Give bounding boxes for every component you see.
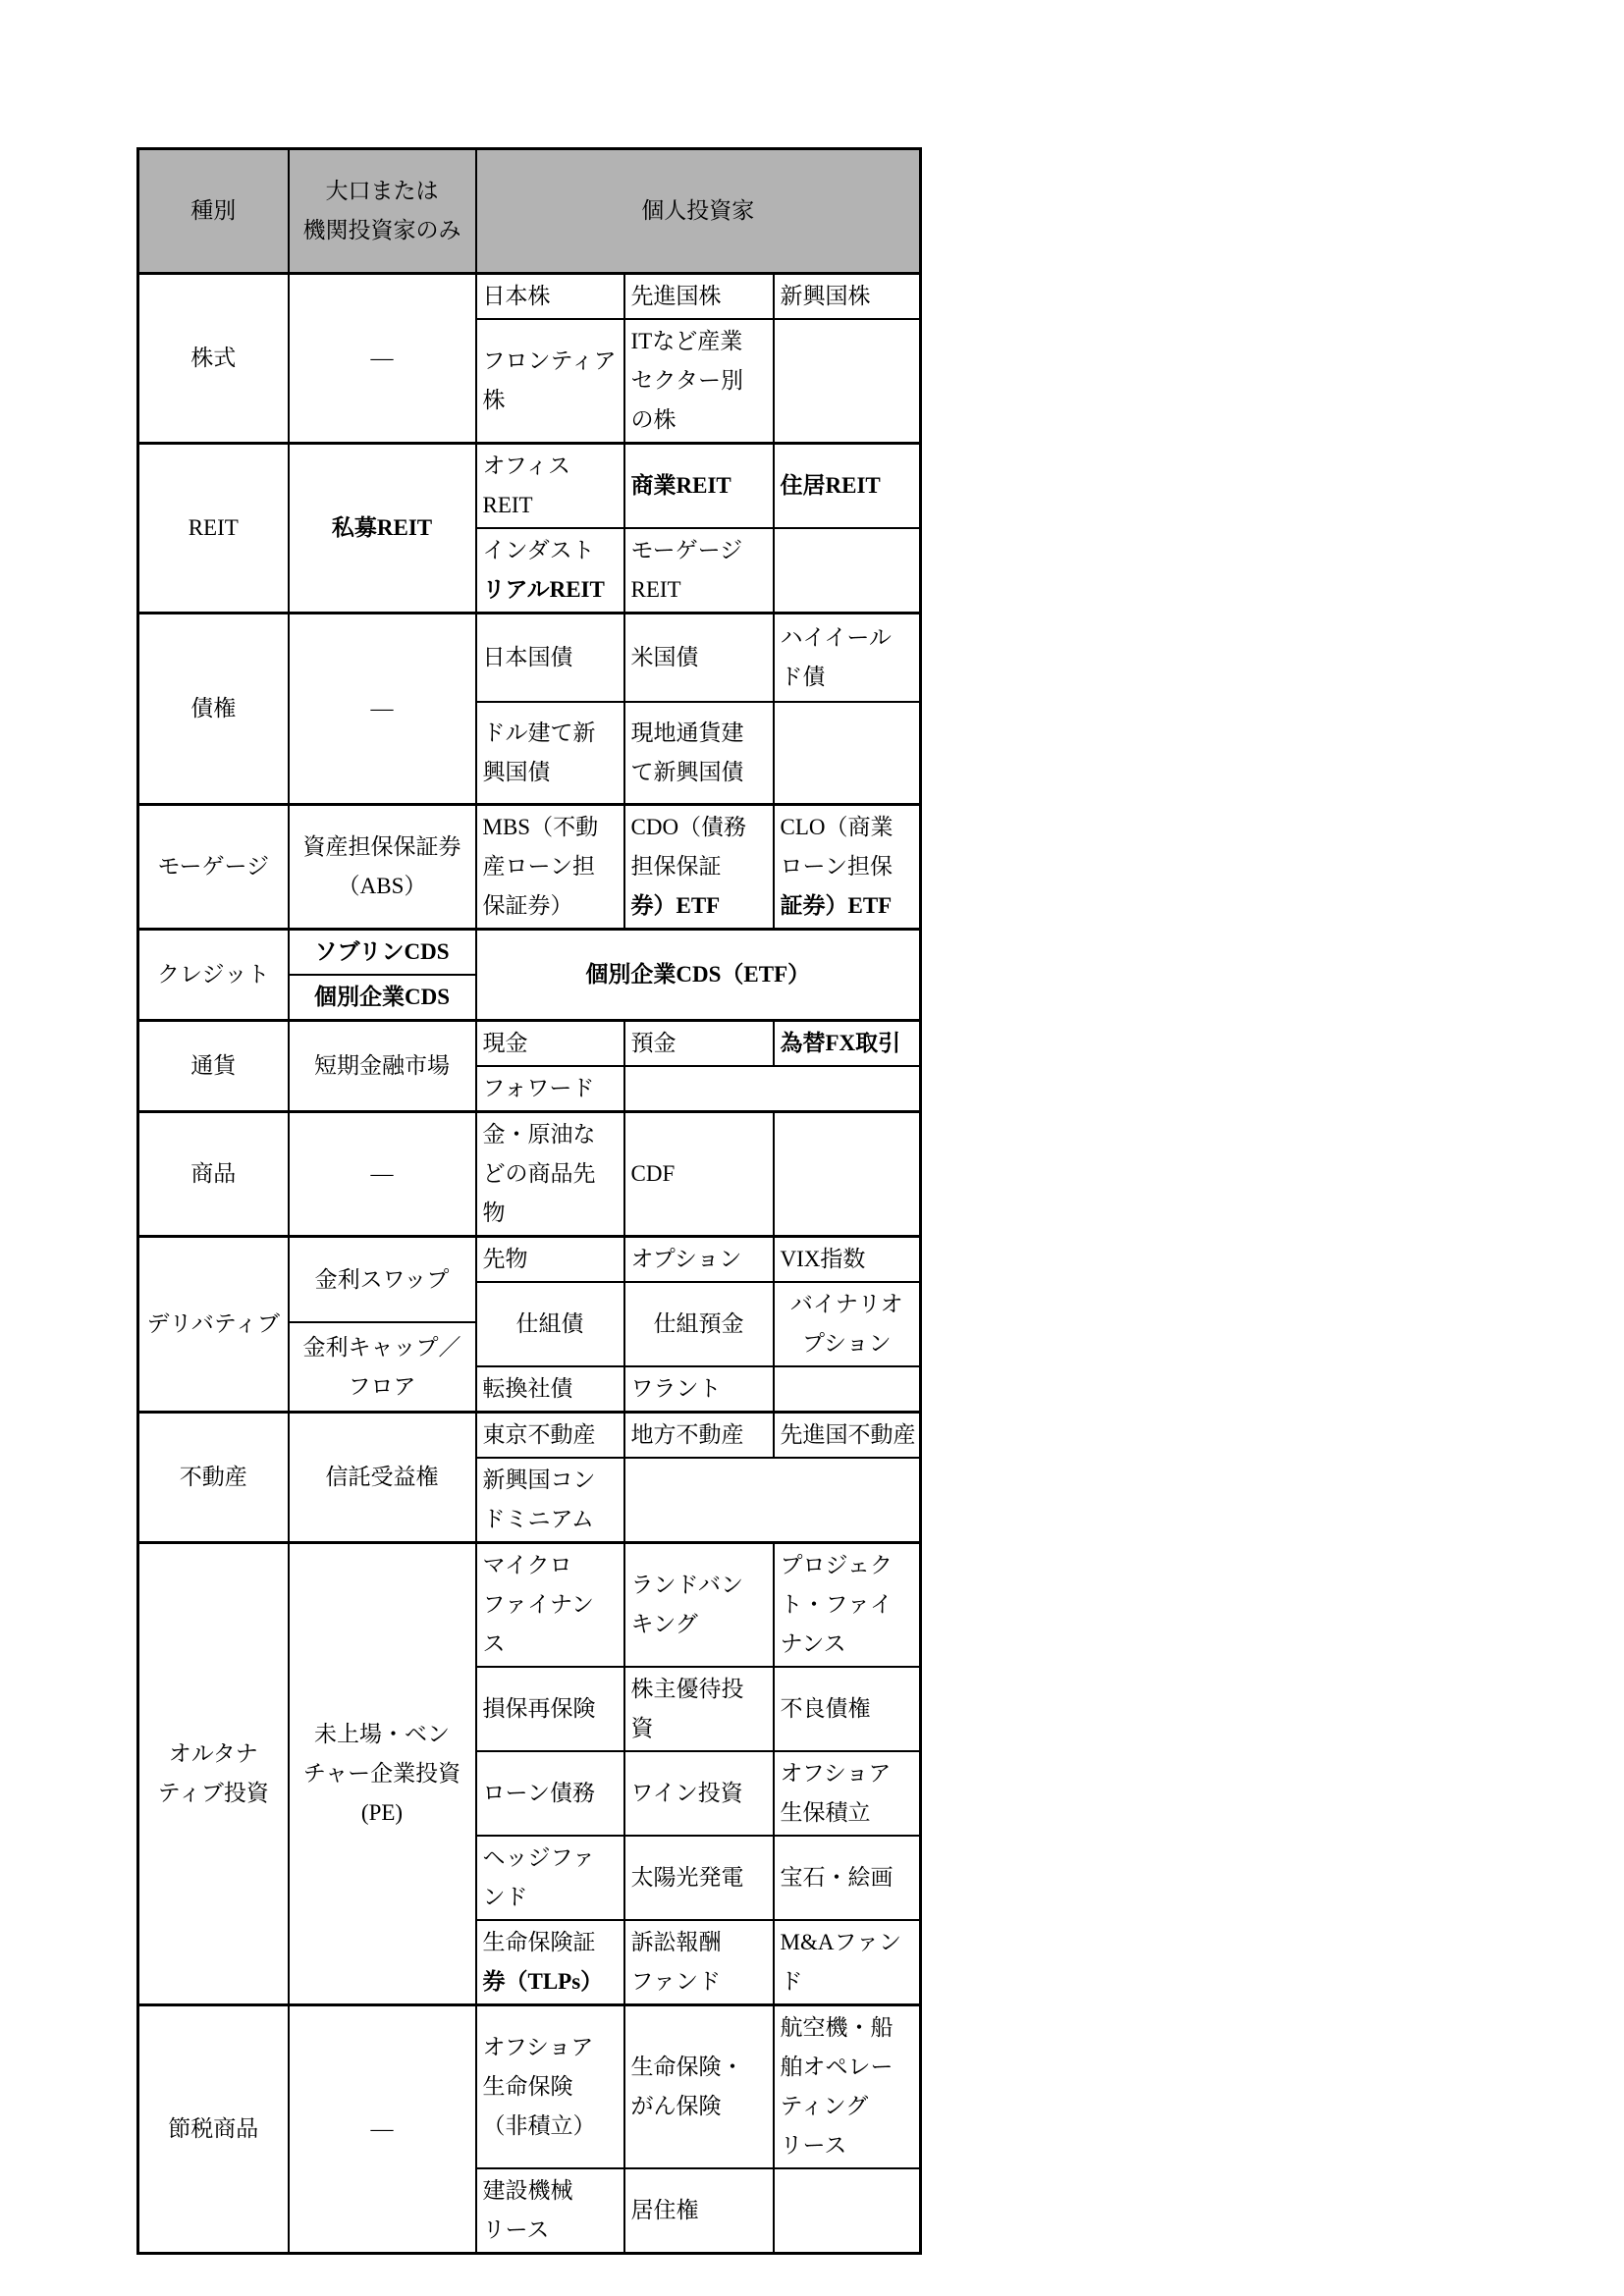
- row-label-commodity: 商品: [138, 1112, 289, 1237]
- cell-cash: 現金: [476, 1021, 624, 1067]
- cell-loan-obligation: ローン債務: [476, 1751, 624, 1836]
- table-row: 商品 ― 金・原油な どの商品先 物 CDF: [138, 1112, 921, 1237]
- cell-local-currency-em-bond: 現地通貨建 て新興国債: [624, 702, 774, 805]
- restricted-cell-bond: ―: [289, 614, 476, 805]
- table-row: デリバティブ 金利スワップ 先物 オプション VIX指数: [138, 1237, 921, 1283]
- restricted-cell-sovereign-cds: ソブリンCDS: [289, 930, 476, 976]
- row-label-alternative: オルタナ ティブ投資: [138, 1543, 289, 2005]
- restricted-cell-trust-beneficiary: 信託受益権: [289, 1413, 476, 1543]
- cell-commodity-futures: 金・原油な どの商品先 物: [476, 1112, 624, 1237]
- table-row: 不動産 信託受益権 東京不動産 地方不動産 先進国不動産: [138, 1413, 921, 1459]
- text-segment: 個別企業CDS: [314, 985, 450, 1009]
- cell-jgb: 日本国債: [476, 614, 624, 702]
- investment-products-table: 種別 大口または 機関投資家のみ 個人投資家 株式 ― 日本株 先進国株 新興国…: [136, 147, 922, 2255]
- restricted-cell-commodity: ―: [289, 1112, 476, 1237]
- cell-cdf: CDF: [624, 1112, 774, 1237]
- row-label-equity: 株式: [138, 274, 289, 444]
- text-segment: 商業REIT: [631, 473, 731, 498]
- cell-offshore-life-insurance: オフショア 生命保険 （非積立）: [476, 2005, 624, 2169]
- cell-microfinance: マイクロ ファイナン ス: [476, 1543, 624, 1668]
- row-label-derivative: デリバティブ: [138, 1237, 289, 1413]
- cell-offshore-insurance-savings: オフショア 生保積立: [774, 1751, 921, 1836]
- cell-cdo-etf: CDO（債務 担保保証 券）ETF: [624, 805, 774, 930]
- cell-em-condominium: 新興国コン ドミニアム: [476, 1458, 624, 1543]
- restricted-cell-single-name-cds: 個別企業CDS: [289, 975, 476, 1021]
- cell-tokyo-real-estate: 東京不動産: [476, 1413, 624, 1459]
- cell-commercial-reit: 商業REIT: [624, 444, 774, 529]
- cell-ma-fund: M&Aファン ド: [774, 1920, 921, 2005]
- row-label-reit: REIT: [138, 444, 289, 614]
- cell-us-treasury: 米国債: [624, 614, 774, 702]
- cell-shareholder-benefit: 株主優待投 資: [624, 1667, 774, 1751]
- text-segment: インダスト: [483, 538, 595, 562]
- text-segment: 生命保険証: [483, 1930, 596, 1954]
- cell-construction-machinery-lease: 建設機械 リース: [476, 2168, 624, 2254]
- table-row: 節税商品 ― オフショア 生命保険 （非積立） 生命保険・ がん保険 航空機・船…: [138, 2005, 921, 2169]
- restricted-cell-money-market: 短期金融市場: [289, 1021, 476, 1112]
- empty-cell: [774, 1112, 921, 1237]
- header-row: 種別 大口または 機関投資家のみ 個人投資家: [138, 149, 921, 274]
- cell-forward: フォワード: [476, 1066, 624, 1112]
- cell-single-name-cds-etf: 個別企業CDS（ETF）: [476, 930, 921, 1021]
- row-label-tax-saving: 節税商品: [138, 2005, 289, 2254]
- header-type: 種別: [138, 149, 289, 274]
- table-row: クレジット ソブリンCDS 個別企業CDS（ETF）: [138, 930, 921, 976]
- cell-developed-stocks: 先進国株: [624, 274, 774, 320]
- cell-vix-index: VIX指数: [774, 1237, 921, 1283]
- cell-aircraft-ship-lease: 航空機・船 舶オペレー ティング リース: [774, 2005, 921, 2169]
- text-segment: 個別企業CDS（ETF）: [585, 962, 810, 987]
- cell-usd-em-bond: ドル建て新 興国債: [476, 702, 624, 805]
- restricted-cell-abs: 資産担保保証券 （ABS）: [289, 805, 476, 930]
- cell-gems-art: 宝石・絵画: [774, 1836, 921, 1920]
- text-segment: 私募REIT: [332, 515, 432, 540]
- empty-cell: [774, 1366, 921, 1413]
- cell-developed-real-estate: 先進国不動産: [774, 1413, 921, 1459]
- cell-residential-reit: 住居REIT: [774, 444, 921, 529]
- empty-cell: [774, 528, 921, 614]
- empty-cell: [624, 1066, 921, 1112]
- text-segment: ソブリンCDS: [314, 939, 449, 964]
- restricted-cell-tax-saving: ―: [289, 2005, 476, 2254]
- cell-options: オプション: [624, 1237, 774, 1283]
- cell-regional-real-estate: 地方不動産: [624, 1413, 774, 1459]
- table-row: REIT 私募REIT オフィス REIT 商業REIT 住居REIT: [138, 444, 921, 529]
- cell-japan-stocks: 日本株: [476, 274, 624, 320]
- row-label-mortgage: モーゲージ: [138, 805, 289, 930]
- text-segment: 券（TLPs）: [483, 1969, 604, 1994]
- cell-residency-right: 居住権: [624, 2168, 774, 2254]
- cell-reinsurance: 損保再保険: [476, 1667, 624, 1751]
- empty-cell: [774, 702, 921, 805]
- cell-litigation-fund: 訴訟報酬 ファンド: [624, 1920, 774, 2005]
- restricted-cell-equity: ―: [289, 274, 476, 444]
- cell-fx-trading: 為替FX取引: [774, 1021, 921, 1067]
- text-segment: リアルREIT: [483, 577, 605, 602]
- cell-mbs: MBS（不動 産ローン担 保証券）: [476, 805, 624, 930]
- text-segment: 為替FX取引: [781, 1031, 901, 1055]
- restricted-cell-private-reit: 私募REIT: [289, 444, 476, 614]
- text-segment: 住居REIT: [781, 473, 881, 498]
- table-row: モーゲージ 資産担保保証券 （ABS） MBS（不動 産ローン担 保証券） CD…: [138, 805, 921, 930]
- cell-emerging-stocks: 新興国株: [774, 274, 921, 320]
- table-row: 通貨 短期金融市場 現金 預金 為替FX取引: [138, 1021, 921, 1067]
- cell-land-banking: ランドバン キング: [624, 1543, 774, 1668]
- restricted-cell-interest-rate-swap: 金利スワップ: [289, 1237, 476, 1323]
- cell-binary-option: バイナリオ プション: [774, 1282, 921, 1366]
- text-segment: CDO（債務 担保保証: [631, 815, 747, 879]
- cell-convertible-bond: 転換社債: [476, 1366, 624, 1413]
- header-restricted: 大口または 機関投資家のみ: [289, 149, 476, 274]
- cell-office-reit: オフィス REIT: [476, 444, 624, 529]
- text-segment: 証券）ETF: [781, 893, 893, 918]
- cell-project-finance: プロジェク ト・ファイ ナンス: [774, 1543, 921, 1668]
- cell-tlps: 生命保険証 券（TLPs）: [476, 1920, 624, 2005]
- cell-deposit: 預金: [624, 1021, 774, 1067]
- empty-cell: [624, 1458, 921, 1543]
- cell-it-sector-stocks: ITなど産業 セクター別 の株: [624, 319, 774, 444]
- row-label-credit: クレジット: [138, 930, 289, 1021]
- table-row: 債権 ― 日本国債 米国債 ハイイール ド債: [138, 614, 921, 702]
- cell-solar-power: 太陽光発電: [624, 1836, 774, 1920]
- cell-distressed-debt: 不良債権: [774, 1667, 921, 1751]
- cell-mortgage-reit: モーゲージ REIT: [624, 528, 774, 614]
- text-segment: CLO（商業 ローン担保: [781, 815, 893, 879]
- cell-wine-investment: ワイン投資: [624, 1751, 774, 1836]
- restricted-cell-pe: 未上場・ベン チャー企業投資 (PE): [289, 1543, 476, 2005]
- cell-futures: 先物: [476, 1237, 624, 1283]
- cell-warrant: ワラント: [624, 1366, 774, 1413]
- cell-hedge-fund: ヘッジファ ンド: [476, 1836, 624, 1920]
- cell-structured-deposit: 仕組預金: [624, 1282, 774, 1366]
- cell-frontier-stocks: フロンティア株: [476, 319, 624, 444]
- table-row: 株式 ― 日本株 先進国株 新興国株: [138, 274, 921, 320]
- cell-high-yield-bond: ハイイール ド債: [774, 614, 921, 702]
- empty-cell: [774, 319, 921, 444]
- cell-life-cancer-insurance: 生命保険・ がん保険: [624, 2005, 774, 2169]
- row-label-bond: 債権: [138, 614, 289, 805]
- restricted-cell-interest-rate-cap-floor: 金利キャップ／ フロア: [289, 1322, 476, 1413]
- cell-clo-etf: CLO（商業 ローン担保 証券）ETF: [774, 805, 921, 930]
- row-label-currency: 通貨: [138, 1021, 289, 1112]
- header-individual-investor: 個人投資家: [476, 149, 921, 274]
- empty-cell: [774, 2168, 921, 2254]
- table-row: オルタナ ティブ投資 未上場・ベン チャー企業投資 (PE) マイクロ ファイナ…: [138, 1543, 921, 1668]
- cell-structured-bond: 仕組債: [476, 1282, 624, 1366]
- cell-industrial-reit: インダストリアルREIT: [476, 528, 624, 614]
- text-segment: 券）ETF: [631, 893, 721, 918]
- row-label-real-estate: 不動産: [138, 1413, 289, 1543]
